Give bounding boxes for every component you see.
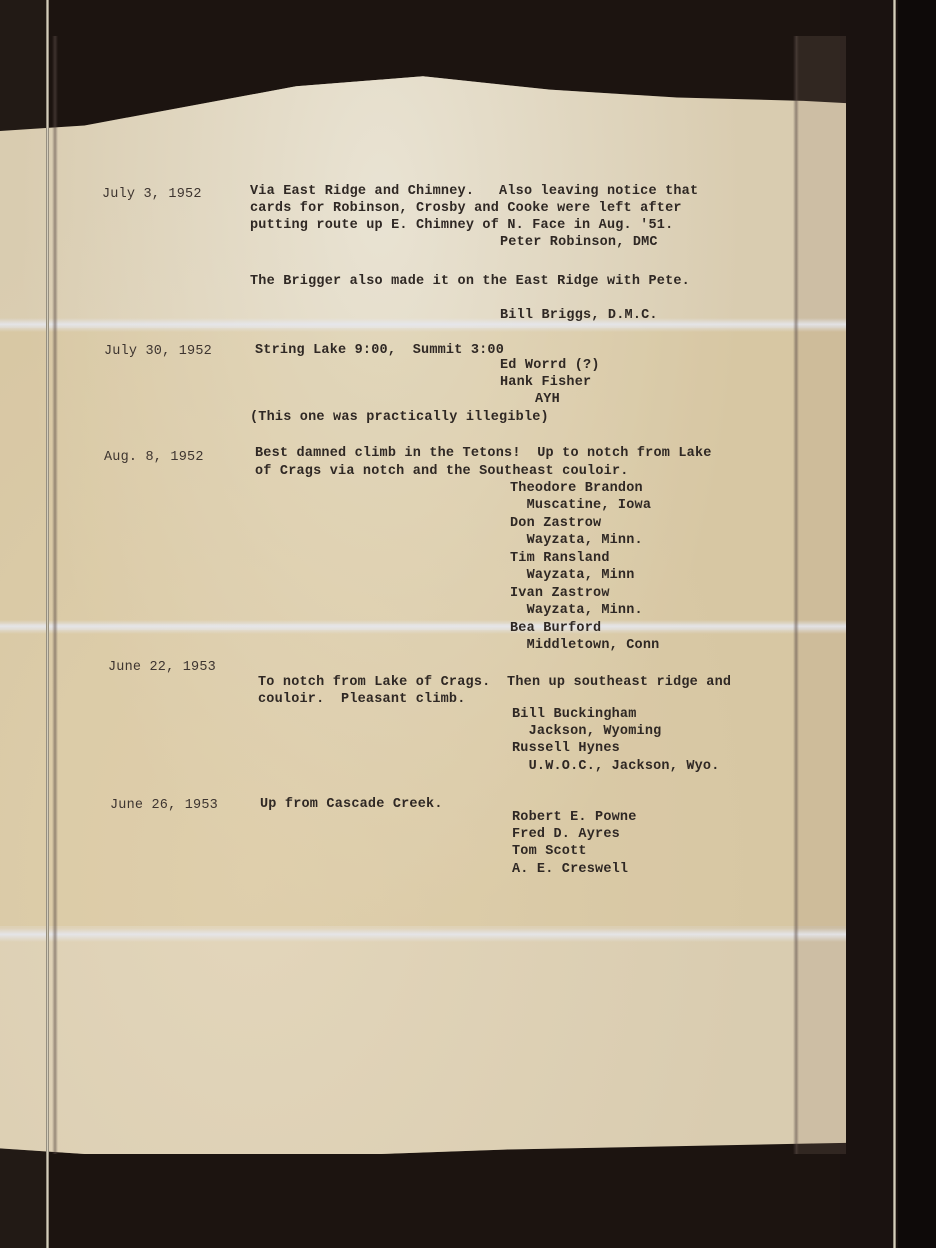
entry-body-line: Via East Ridge and Chimney. Also leaving… (250, 183, 698, 201)
entry-signer: Tim Ransland (510, 550, 610, 568)
entry-signer: Theodore Brandon (510, 480, 643, 498)
entry-signer: Jackson, Wyoming (512, 723, 661, 741)
entry-signer: Wayzata, Minn (510, 567, 635, 585)
entry-date: July 3, 1952 (102, 186, 202, 204)
entry-signer: Muscatine, Iowa (510, 497, 651, 515)
entry-signer: Don Zastrow (510, 515, 601, 533)
entry-signer: Bea Burford (510, 620, 601, 638)
entry-signer: Fred D. Ayres (512, 826, 620, 844)
entry-body-line: couloir. Pleasant climb. (258, 691, 466, 709)
entry-body-line: String Lake 9:00, Summit 3:00 (255, 342, 504, 360)
entry-body-line: cards for Robinson, Crosby and Cooke wer… (250, 200, 682, 218)
entry-date: July 30, 1952 (104, 343, 212, 361)
entry-note: (This one was practically illegible) (250, 409, 549, 427)
entry-signer: Peter Robinson, DMC (500, 234, 658, 252)
entry-signer: U.W.O.C., Jackson, Wyo. (512, 758, 720, 776)
glass-edge-left (46, 0, 49, 1248)
entry-date: Aug. 8, 1952 (104, 449, 204, 467)
entry-signer: Wayzata, Minn. (510, 602, 643, 620)
entry-date: June 26, 1953 (110, 797, 218, 815)
entry-signer: A. E. Creswell (512, 861, 628, 879)
fold-line (0, 318, 846, 332)
fold-line (0, 928, 846, 942)
entry-signer: Tom Scott (512, 843, 587, 861)
entry-date: June 22, 1953 (108, 659, 216, 677)
entry-body-line: To notch from Lake of Crags. Then up sou… (258, 674, 731, 692)
vertical-crease (52, 36, 58, 1154)
entry-signer: Ed Worrd (?) (500, 357, 600, 375)
entry-signer: Bill Briggs, D.M.C. (500, 307, 658, 325)
entry-signer: Hank Fisher (500, 374, 591, 392)
fold-line (0, 620, 846, 634)
entry-signer: Wayzata, Minn. (510, 532, 643, 550)
entry-body-line: of Crags via notch and the Southeast cou… (255, 463, 629, 481)
frame-shadow (898, 0, 936, 1248)
entry-signer: Ivan Zastrow (510, 585, 610, 603)
entry-body-line: Best damned climb in the Tetons! Up to n… (255, 445, 712, 463)
entry-body-line: putting route up E. Chimney of N. Face i… (250, 217, 673, 235)
entry-signer: Robert E. Powne (512, 809, 637, 827)
entry-signer: Russell Hynes (512, 740, 620, 758)
entry-signer: AYH (535, 391, 560, 409)
entry-body-line: Up from Cascade Creek. (260, 796, 443, 814)
entry-note: The Brigger also made it on the East Rid… (250, 273, 690, 291)
entry-signer: Middletown, Conn (510, 637, 659, 655)
vertical-crease (793, 36, 799, 1154)
glass-edge-right (893, 0, 896, 1248)
entry-signer: Bill Buckingham (512, 706, 637, 724)
